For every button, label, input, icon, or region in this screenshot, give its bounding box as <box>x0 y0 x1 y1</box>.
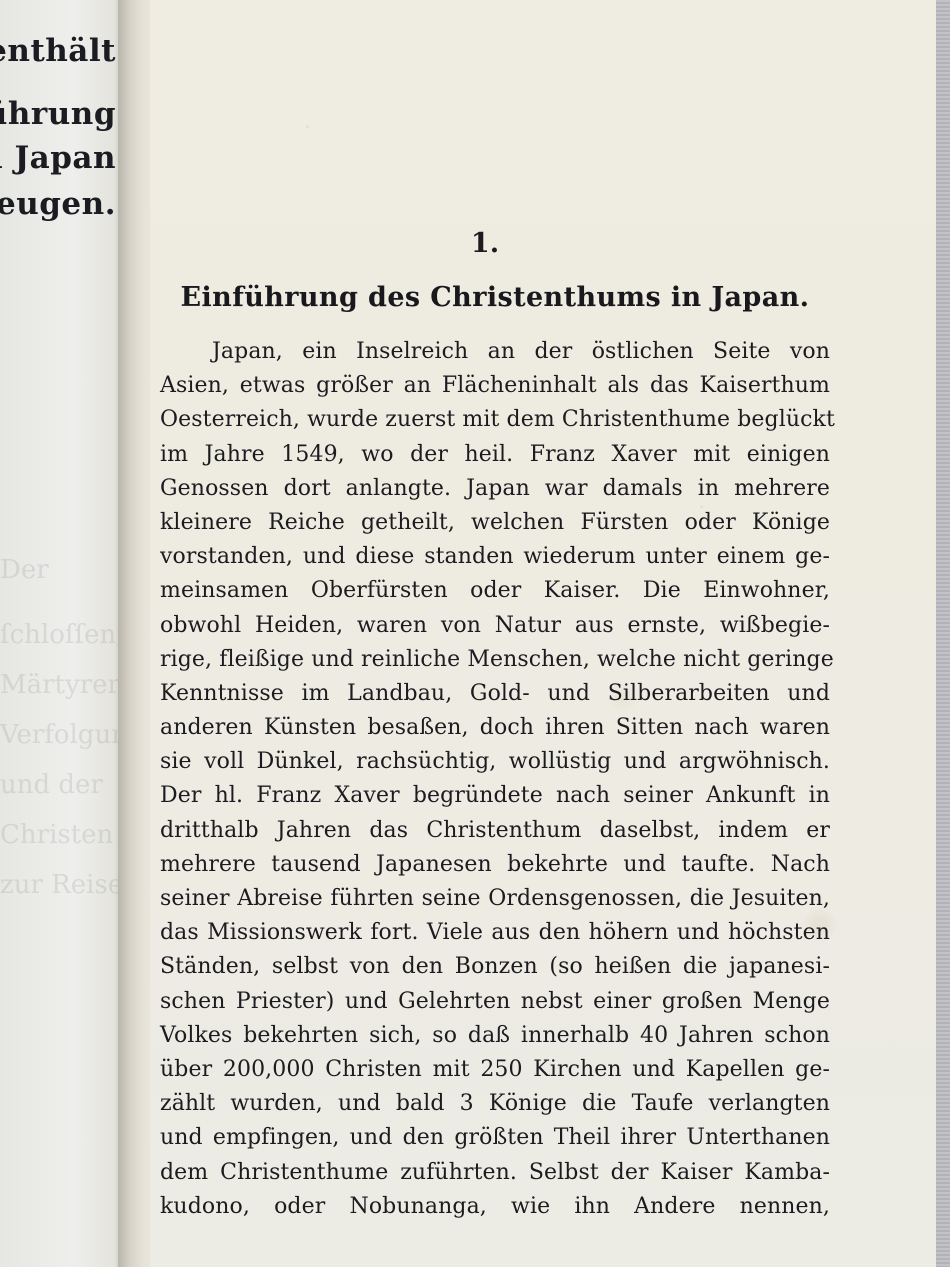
text-line: Der hl. Franz Xaver begründete nach sein… <box>160 779 830 813</box>
left-page-line-3: n Japan <box>0 140 116 176</box>
text-line: dem Christenthume zuführten. Selbst der … <box>160 1156 830 1190</box>
text-line: rige, fleißige und reinliche Menschen, w… <box>160 643 830 677</box>
text-line: anderen Künsten besaßen, doch ihren Sitt… <box>160 711 830 745</box>
book-gutter <box>118 0 154 1267</box>
left-page-line-2: nführung <box>0 96 116 132</box>
show-through-text: Verfolgun <box>0 720 120 750</box>
open-book-spread: Der ſchloſſen, Märtyrer Verfolgun und de… <box>0 0 950 1267</box>
chapter-number: 1. <box>160 228 810 259</box>
text-line: über 200,000 Christen mit 250 Kirchen un… <box>160 1053 830 1087</box>
text-line: Asien, etwas größer an Flächeninhalt als… <box>160 369 830 403</box>
left-page-line-1: g enthält <box>0 33 116 69</box>
text-line: Japan, ein Inselreich an der östlichen S… <box>160 335 830 369</box>
show-through-text: Der <box>0 555 49 585</box>
body-text: Japan, ein Inselreich an der östlichen S… <box>160 335 830 1224</box>
text-line: zählt wurden, und bald 3 Könige die Tauf… <box>160 1087 830 1121</box>
text-line: das Missionswerk fort. Viele aus den höh… <box>160 916 830 950</box>
background-fabric <box>936 0 950 1267</box>
text-line: Oesterreich, wurde zuerst mit dem Christ… <box>160 403 830 437</box>
show-through-text: zur Reise <box>0 870 120 900</box>
text-line: kudono, oder Nobunanga, wie ihn Andere n… <box>160 1190 830 1224</box>
text-line: im Jahre 1549, wo der heil. Franz Xaver … <box>160 438 830 472</box>
show-through-text: und der <box>0 770 103 800</box>
text-line: vorstanden, und diese standen wiederum u… <box>160 540 830 574</box>
text-line: und empfingen, und den größten Theil ihr… <box>160 1121 830 1155</box>
text-line: Kenntnisse im Landbau, Gold- und Silbera… <box>160 677 830 711</box>
text-line: meinsamen Oberfürsten oder Kaiser. Die E… <box>160 574 830 608</box>
text-line: mehrere tausend Japanesen bekehrte und t… <box>160 848 830 882</box>
text-line: kleinere Reiche getheilt, welchen Fürste… <box>160 506 830 540</box>
text-line: sie voll Dünkel, rachsüchtig, wollüstig … <box>160 745 830 779</box>
show-through-text: ſchloſſen, <box>0 620 120 650</box>
chapter-title: Einführung des Christenthums in Japan. <box>160 282 830 313</box>
text-line: Genossen dort anlangte. Japan war damals… <box>160 472 830 506</box>
text-line: dritthalb Jahren das Christenthum daselb… <box>160 814 830 848</box>
text-line: Ständen, selbst von den Bonzen (so heiße… <box>160 950 830 984</box>
show-through-text: Christen <box>0 820 113 850</box>
left-page-line-4: utzeugen. <box>0 186 116 222</box>
left-page: Der ſchloſſen, Märtyrer Verfolgun und de… <box>0 0 120 1267</box>
text-line: seiner Abreise führten seine Ordensgenos… <box>160 882 830 916</box>
text-line: obwohl Heiden, waren von Natur aus ernst… <box>160 609 830 643</box>
text-line: schen Priester) und Gelehrten nebst eine… <box>160 985 830 1019</box>
show-through-text: Märtyrer <box>0 670 120 700</box>
text-line: Volkes bekehrten sich, so daß innerhalb … <box>160 1019 830 1053</box>
